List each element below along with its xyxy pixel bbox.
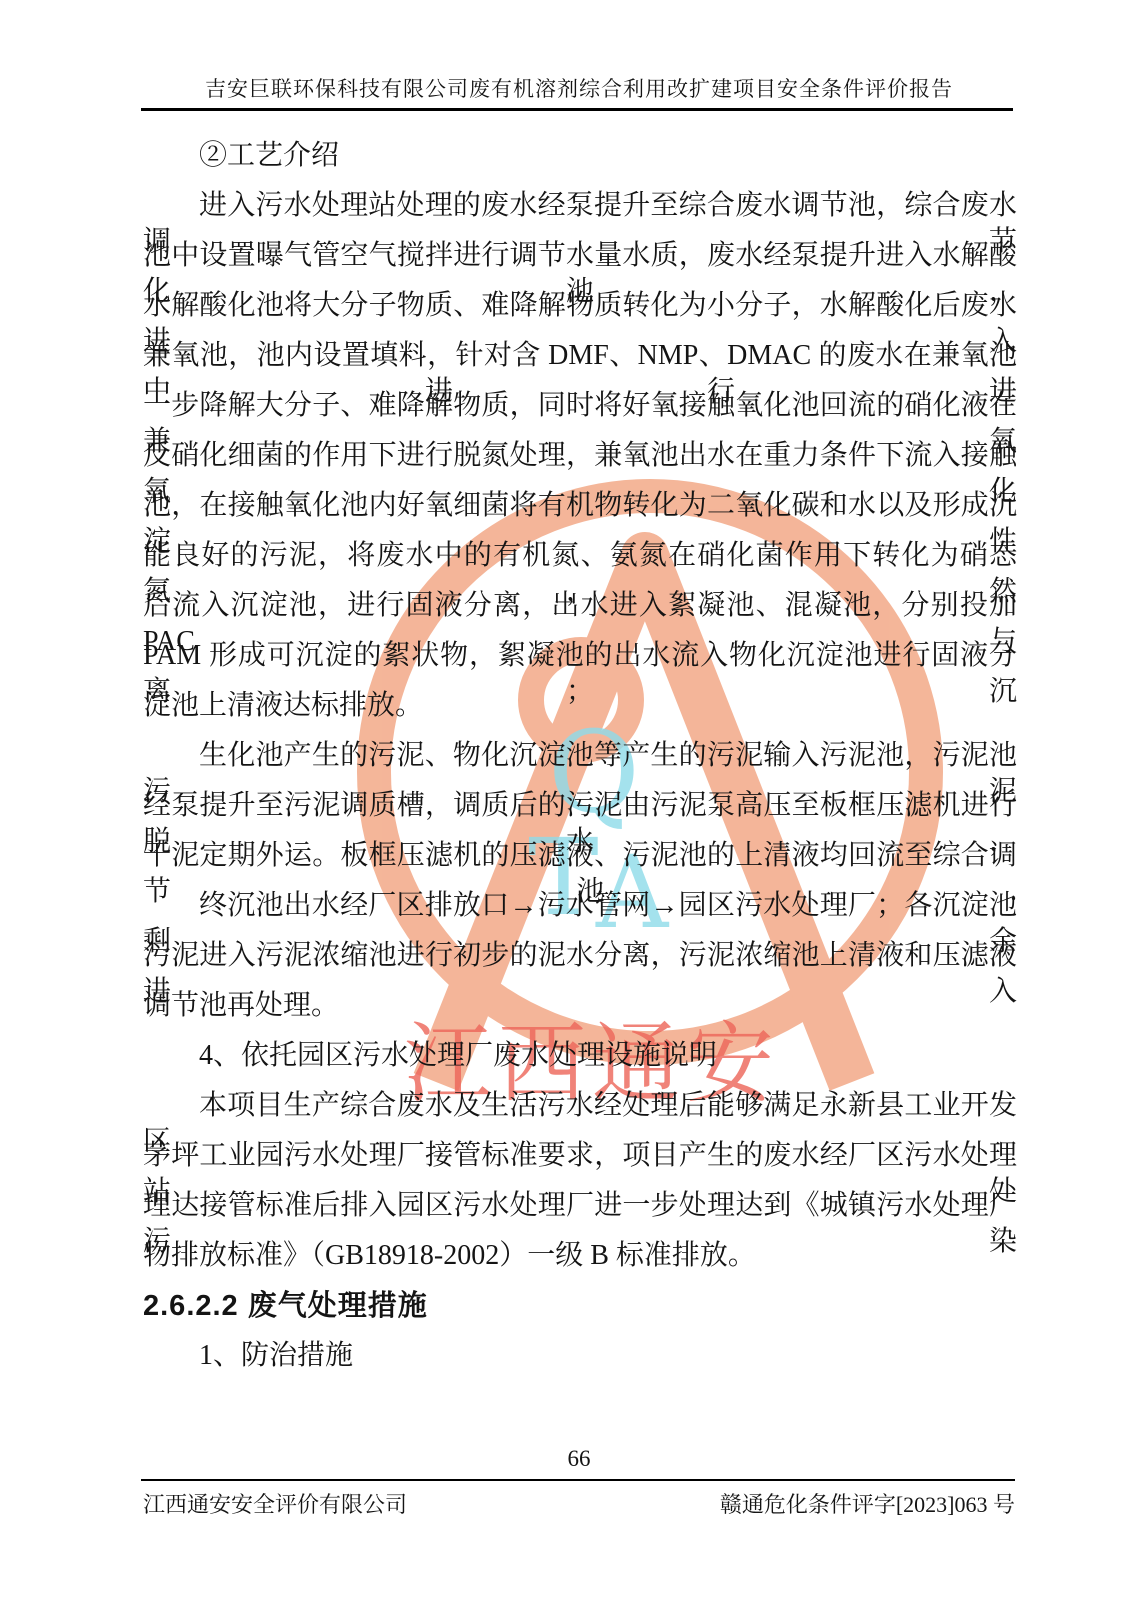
footer-company-name: 江西通安安全评价有限公司 bbox=[143, 1488, 407, 1519]
footer-document-number: 赣通危化条件评字[2023]063 号 bbox=[720, 1488, 1015, 1519]
text-line: ②工艺介绍 bbox=[143, 138, 1017, 174]
body-text: ②工艺介绍进入污水处理站处理的废水经泵提升至综合废水调节池，综合废水调节池中设置… bbox=[0, 0, 1131, 1600]
text-line: 4、依托园区污水处理厂废水处理设施说明 bbox=[143, 1038, 1017, 1074]
text-line: 调节池再处理。 bbox=[143, 988, 1017, 1024]
text-line: 1、防治措施 bbox=[143, 1338, 1017, 1374]
section-heading: 2.6.2.2 废气处理措施 bbox=[143, 1288, 1017, 1324]
page-number: 66 bbox=[143, 1446, 1015, 1472]
text-line: 淀池上清液达标排放。 bbox=[143, 688, 1017, 724]
footer-rule bbox=[141, 1479, 1015, 1481]
text-line: 物排放标准》（GB18918-2002）一级 B 标准排放。 bbox=[143, 1238, 1017, 1274]
document-page: Q T A 江西通安 吉安巨联环保科技有限公司废有机溶剂综合利用改扩建项目安全条… bbox=[0, 0, 1131, 1600]
